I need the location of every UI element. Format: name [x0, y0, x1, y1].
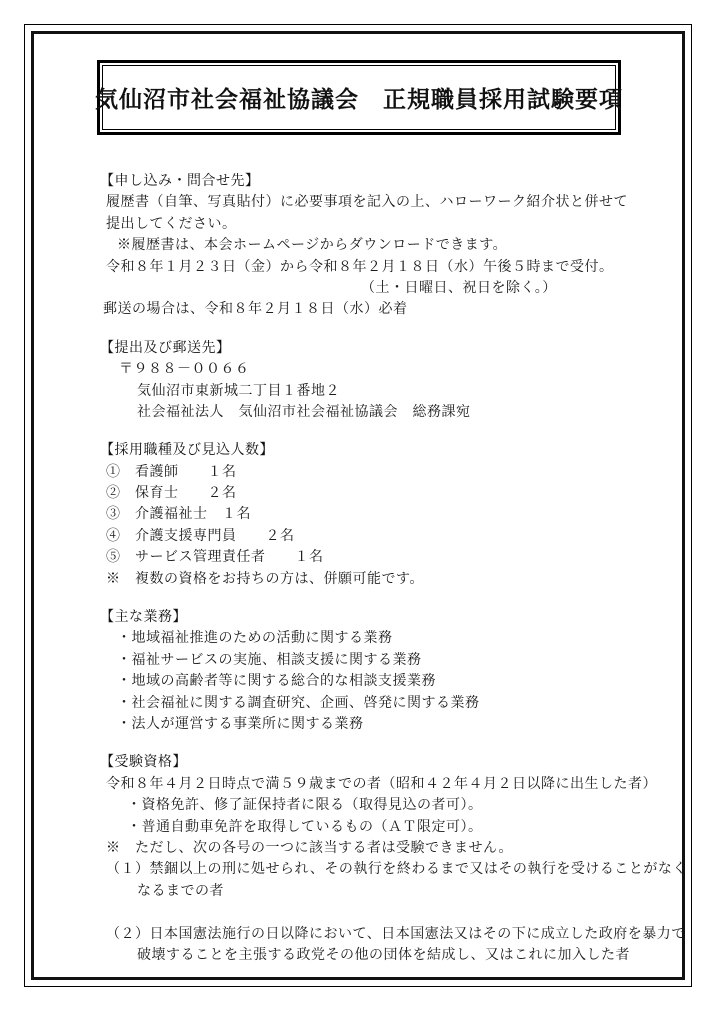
text-line: ④ 介護支援専門員 ２名: [100, 525, 642, 546]
text-line: 郵送の場合は、令和８年２月１８日（水）必着: [100, 298, 642, 319]
section-block: 【採用職種及び見込人数】① 看護師 １名② 保育士 ２名③ 介護福祉士 １名④ …: [100, 439, 642, 589]
text-line: 提出してください。: [100, 213, 642, 234]
text-line: ・法人が運営する事業所に関する業務: [100, 713, 642, 734]
text-line: 破壊することを主張する政党その他の団体を結成し、又はこれに加入した者: [100, 944, 642, 965]
text-line: 履歴書（自筆、写真貼付）に必要事項を記入の上、ハローワーク紹介状と併せて: [100, 191, 642, 212]
text-line: ※履歴書は、本会ホームページからダウンロードできます。: [100, 234, 642, 255]
section-block: 【提出及び郵送先】〒９８８－００６６気仙沼市東新城二丁目１番地２社会福祉法人 気…: [100, 337, 642, 423]
text-line: 気仙沼市東新城二丁目１番地２: [100, 380, 642, 401]
text-line: 〒９８８－００６６: [100, 358, 642, 379]
section-block: 【主な業務】・地域福祉推進のための活動に関する業務・福祉サービスの実施、相談支援…: [100, 606, 642, 734]
text-line: ⑤ サービス管理責任者 １名: [100, 546, 642, 567]
text-line: ② 保育士 ２名: [100, 482, 642, 503]
text-line: （１）禁錮以上の刑に処せられ、その執行を終わるまで又はその執行を受けることがなく: [100, 858, 642, 879]
document-body: 【申し込み・問合せ先】履歴書（自筆、写真貼付）に必要事項を記入の上、ハローワーク…: [100, 170, 642, 965]
text-line: ※ ただし、次の各号の一つに該当する者は受験できません。: [100, 837, 642, 858]
text-line: ・地域福祉推進のための活動に関する業務: [100, 627, 642, 648]
text-line: ※ 複数の資格をお持ちの方は、併願可能です。: [100, 568, 642, 589]
section-header: 【提出及び郵送先】: [100, 337, 642, 358]
text-line: なるまでの者: [100, 880, 642, 901]
text-line: ③ 介護福祉士 １名: [100, 503, 642, 524]
text-line: ・社会福祉に関する調査研究、企画、啓発に関する業務: [100, 692, 642, 713]
section-header: 【受験資格】: [100, 751, 642, 772]
text-line: ・資格免許、修了証保持者に限る（取得見込の者可）。: [100, 794, 642, 815]
text-line: ・福祉サービスの実施、相談支援に関する業務: [100, 649, 642, 670]
text-line: ① 看護師 １名: [100, 461, 642, 482]
section-header: 【採用職種及び見込人数】: [100, 439, 642, 460]
blank-line: [100, 901, 642, 922]
section-header: 【主な業務】: [100, 606, 642, 627]
text-line: 令和８年１月２３日（金）から令和８年２月１８日（水）午後５時まで受付。: [100, 256, 642, 277]
section-block: 【受験資格】令和８年４月２日時点で満５９歳までの者（昭和４２年４月２日以降に出生…: [100, 751, 642, 965]
text-line: ・地域の高齢者等に関する総合的な相談支援業務: [100, 670, 642, 691]
document-page: { "document": { "title": "気仙沼市社会福祉協議会 正規…: [0, 0, 724, 1024]
page-border-inner: 気仙沼市社会福祉協議会 正規職員採用試験要項 【申し込み・問合せ先】履歴書（自筆…: [31, 31, 685, 980]
text-line: （２）日本国憲法施行の日以降において、日本国憲法又はその下に成立した政府を暴力で: [100, 923, 642, 944]
title-box: 気仙沼市社会福祉協議会 正規職員採用試験要項: [97, 60, 621, 135]
text-line: 社会福祉法人 気仙沼市社会福祉協議会 総務課宛: [100, 401, 642, 422]
section-block: 【申し込み・問合せ先】履歴書（自筆、写真貼付）に必要事項を記入の上、ハローワーク…: [100, 170, 642, 320]
text-line: 令和８年４月２日時点で満５９歳までの者（昭和４２年４月２日以降に出生した者）: [100, 773, 642, 794]
text-line: （土・日曜日、祝日を除く。）: [100, 277, 642, 298]
page-border-outer: 気仙沼市社会福祉協議会 正規職員採用試験要項 【申し込み・問合せ先】履歴書（自筆…: [24, 24, 692, 987]
text-line: ・普通自動車免許を取得しているもの（ＡＴ限定可）。: [100, 816, 642, 837]
document-title: 気仙沼市社会福祉協議会 正規職員採用試験要項: [102, 65, 616, 130]
section-header: 【申し込み・問合せ先】: [100, 170, 642, 191]
